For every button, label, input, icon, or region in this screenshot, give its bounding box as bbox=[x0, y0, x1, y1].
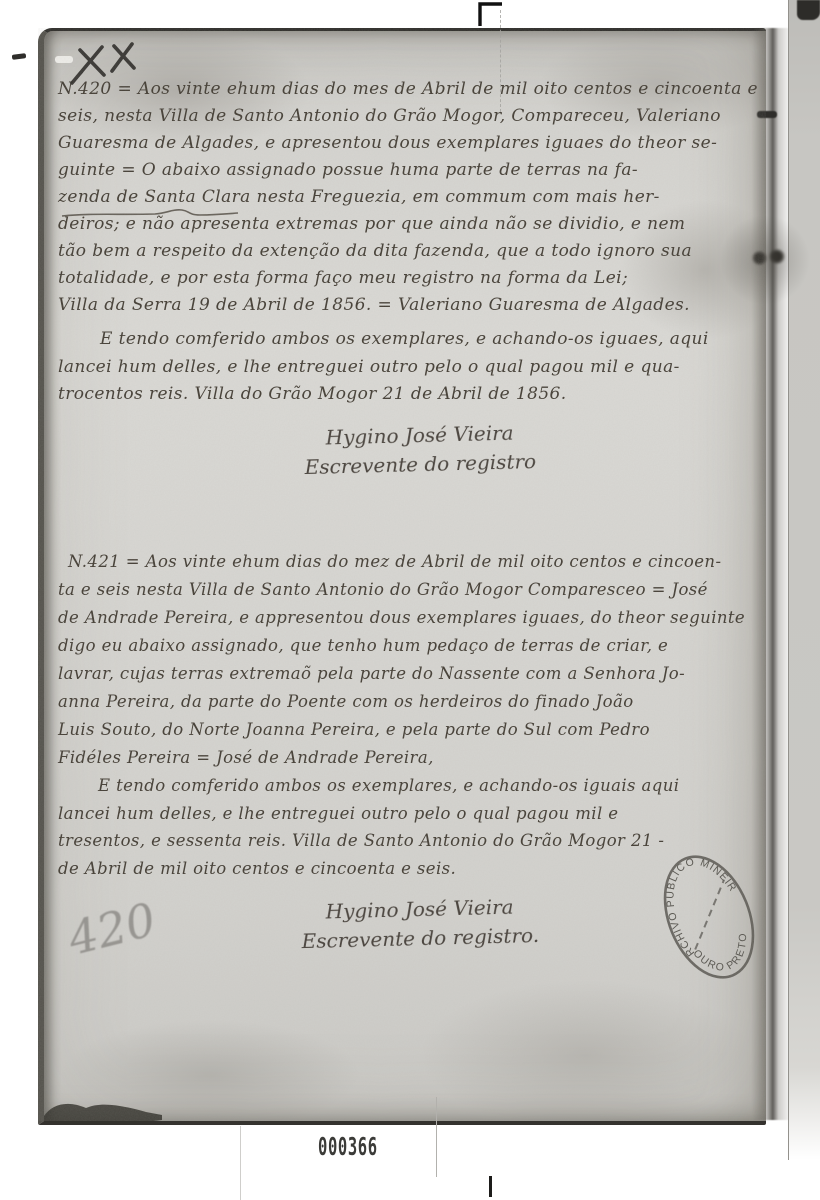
fold-ink-blob bbox=[752, 251, 767, 265]
entry-line: tão bem a respeito da extenção da dita f… bbox=[58, 238, 758, 265]
bottom-ink-tick bbox=[489, 1176, 492, 1197]
clerk-signature: Hygino José Vieira Escrevente do registr… bbox=[234, 890, 605, 958]
scan-crease bbox=[436, 1097, 437, 1177]
entry-line: N.420 = Aos vinte ehum dias do mes de Ab… bbox=[58, 76, 758, 103]
entry-line: Guaresma de Algades, e apresentou dous e… bbox=[58, 130, 758, 157]
paper-abrasion bbox=[55, 56, 73, 63]
ink-blotch bbox=[797, 0, 820, 20]
scanned-document-screenshot: { "document": { "language": "Portuguese"… bbox=[0, 0, 820, 1200]
entry-line: N.421 = Aos vinte ehum dias do mez de Ab… bbox=[58, 548, 745, 576]
entry-line: lancei hum delles, e lhe entreguei outro… bbox=[58, 800, 679, 828]
entry-line: E tendo comferido ambos os exemplares, e… bbox=[58, 772, 679, 800]
scan-crease bbox=[240, 1126, 241, 1200]
underline-flourish bbox=[60, 206, 240, 222]
entry-line: E tendo comferido ambos os exemplares, e… bbox=[58, 326, 709, 354]
margin-ink-mark bbox=[12, 53, 27, 60]
entry-line: anna Pereira, da parte do Poente com os … bbox=[58, 688, 745, 716]
entry-line: lavrar, cujas terras extremaõ pela parte… bbox=[58, 660, 745, 688]
register-entry-421: N.421 = Aos vinte ehum dias do mez de Ab… bbox=[58, 548, 745, 772]
entry-line: Villa da Serra 19 de Abril de 1856. = Va… bbox=[58, 292, 758, 319]
crossout-marks bbox=[68, 38, 152, 90]
entry-line: guinte = O abaixo assignado possue huma … bbox=[58, 157, 758, 184]
entry-line: de Andrade Pereira, e appresentou dous e… bbox=[58, 604, 745, 632]
adjacent-page-edge bbox=[788, 0, 820, 1160]
entry-line: digo eu abaixo assignado, que tenho hum … bbox=[58, 632, 745, 660]
entry-line: trocentos reis. Villa do Grão Mogor 21 d… bbox=[58, 381, 709, 409]
entry-line: totalidade, e por esta forma faço meu re… bbox=[58, 265, 758, 292]
entry-line: Fidéles Pereira = José de Andrade Pereir… bbox=[58, 744, 745, 772]
entry-line: de Abril de mil oito centos e cincoenta … bbox=[58, 855, 679, 883]
fold-dotted-line bbox=[500, 10, 501, 112]
clerk-signature: Hygino José Vieira Escrevente do registr… bbox=[234, 416, 605, 484]
register-entry-421-closing: E tendo comferido ambos os exemplares, e… bbox=[58, 772, 679, 882]
entry-line: Luis Souto, do Norte Joanna Pereira, e p… bbox=[58, 716, 745, 744]
serial-number-stamp: 000366 bbox=[318, 1132, 378, 1161]
register-entry-420: N.420 = Aos vinte ehum dias do mes de Ab… bbox=[58, 76, 758, 319]
fold-ink-dash bbox=[757, 111, 777, 118]
entry-line: tresentos, e sessenta reis. Villa de San… bbox=[58, 827, 679, 855]
fold-ink-blob bbox=[769, 249, 785, 264]
entry-line: lancei hum delles, e lhe entreguei outro… bbox=[58, 354, 709, 382]
entry-line: seis, nesta Villa de Santo Antonio do Gr… bbox=[58, 103, 758, 130]
entry-line: ta e seis nesta Villa de Santo Antonio d… bbox=[58, 576, 745, 604]
bottom-edge-blot bbox=[44, 1096, 164, 1126]
register-entry-420-closing: E tendo comferido ambos os exemplares, e… bbox=[58, 326, 709, 409]
